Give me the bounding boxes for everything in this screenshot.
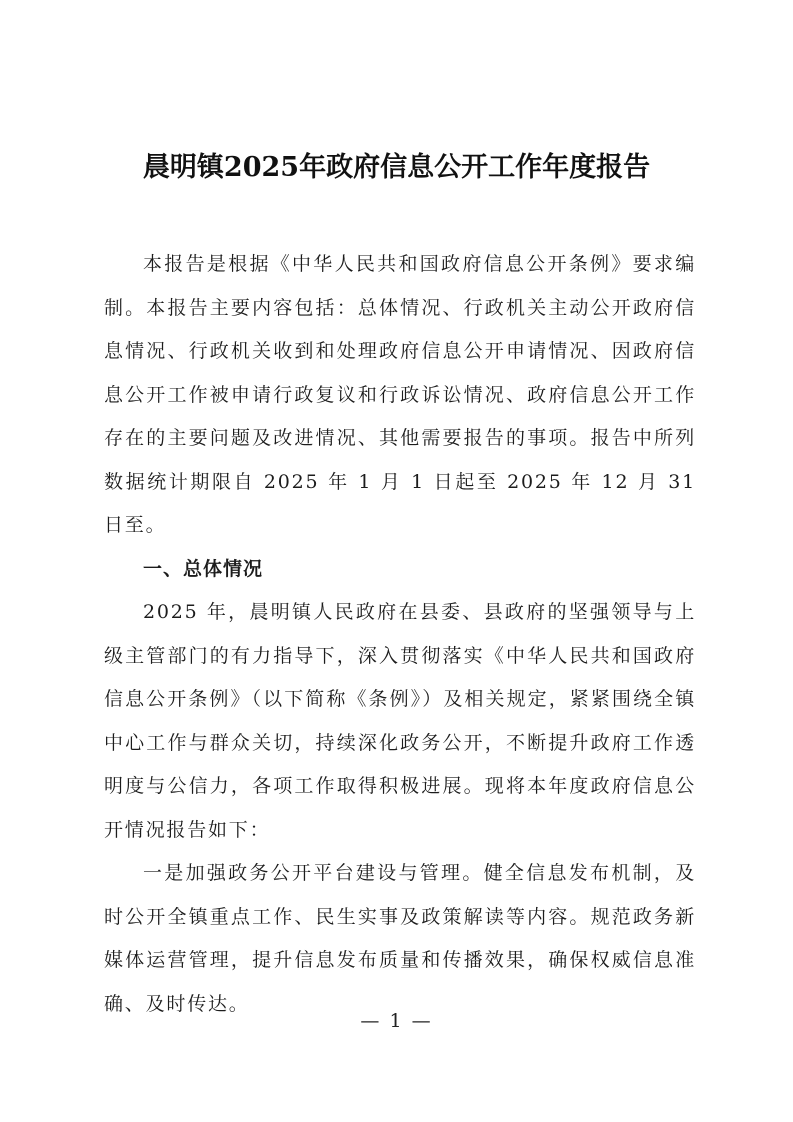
platform-paragraph: 一是加强政务公开平台建设与管理。健全信息发布机制，及时公开全镇重点工作、民生实事… [104,852,696,1026]
section-heading-overview: 一、总体情况 [104,548,696,592]
overview-paragraph: 2025 年，晨明镇人民政府在县委、县政府的坚强领导与上级主管部门的有力指导下，… [104,591,696,852]
page-number: — 1 — [0,1010,793,1032]
document-title: 晨明镇2025年政府信息公开工作年度报告 [0,148,793,188]
document-page: 晨明镇2025年政府信息公开工作年度报告 本报告是根据《中华人民共和国政府信息公… [0,0,793,1122]
intro-paragraph: 本报告是根据《中华人民共和国政府信息公开条例》要求编制。本报告主要内容包括：总体… [104,243,696,548]
document-body: 本报告是根据《中华人民共和国政府信息公开条例》要求编制。本报告主要内容包括：总体… [104,243,696,1026]
